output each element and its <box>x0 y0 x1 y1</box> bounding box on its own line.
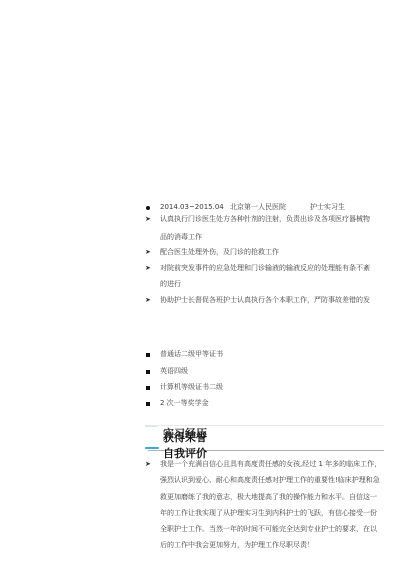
duty-line: 品的消毒工作 <box>160 233 202 242</box>
arrow-bullet-icon: ➤ <box>145 248 151 257</box>
duty-line: 的进行 <box>160 280 181 289</box>
duty-line: 对院前突发事件的应急处理和门诊输液的输液反应的处理能有条不紊 <box>160 264 370 273</box>
arrow-bullet-icon: ➤ <box>145 215 151 224</box>
self-eval-line: 我是一个充满自信心且具有高度责任感的女孩,经过 1 年多的临床工作， <box>160 460 381 469</box>
certificate-item: 英语四级 <box>160 367 188 376</box>
resume-page: 2014.03~2015.04 北京第一人民医院 护士实习生 ➤ 认真执行门诊医… <box>0 0 408 580</box>
self-eval-line: 强烈认识到爱心、耐心和高度责任感对护理工作的重要性!临床护理和急 <box>160 476 380 485</box>
certificate-item: 普通话二级甲等证书 <box>160 350 223 359</box>
square-bullet-icon <box>146 370 150 374</box>
heading-awards: 获得荣誉 <box>163 431 207 444</box>
square-bullet-icon <box>146 402 150 406</box>
heading-rule-light <box>148 425 384 426</box>
arrow-bullet-icon: ➤ <box>145 460 151 469</box>
heading-accent <box>145 447 159 449</box>
experience-hospital: 北京第一人民医院 <box>230 203 286 212</box>
self-eval-line: 后的工作中我会更加努力，为护理工作尽职尽责！ <box>160 541 314 550</box>
certificate-item: 计算机等级证书二级 <box>160 383 223 392</box>
square-bullet-icon <box>146 353 150 357</box>
arrow-bullet-icon: ➤ <box>145 296 151 305</box>
arrow-bullet-icon: ➤ <box>145 264 151 273</box>
duty-line: 协助护士长督促各班护士认真执行各个本职工作，严防事故差错的发 <box>160 296 370 305</box>
self-eval-line: 全职护士工作。当然一年的时间不可能完全达到专业护士的要求，在以 <box>160 525 377 534</box>
experience-period: 2014.03~2015.04 <box>160 203 224 212</box>
experience-role: 护士实习生 <box>310 203 345 212</box>
duty-line: 认真执行门诊医生处方各种针剂的注射，负责出诊及各项医疗器械物 <box>160 215 370 224</box>
self-eval-line: 年的工作让我实现了从护理实习生到内科护士的飞跃，有信心接受一份 <box>160 509 377 518</box>
heading-self-evaluation: 自我评价 <box>163 447 207 460</box>
certificate-item: 2 次一等奖学金 <box>160 399 209 408</box>
self-eval-line: 救更加磨练了我的意志，极大地提高了我的操作能力和水平。自信这一 <box>160 493 377 502</box>
bullet-dot-icon <box>146 206 150 210</box>
square-bullet-icon <box>146 386 150 390</box>
duty-line: 配合医生处理外伤，及门诊的抢救工作 <box>160 248 279 257</box>
